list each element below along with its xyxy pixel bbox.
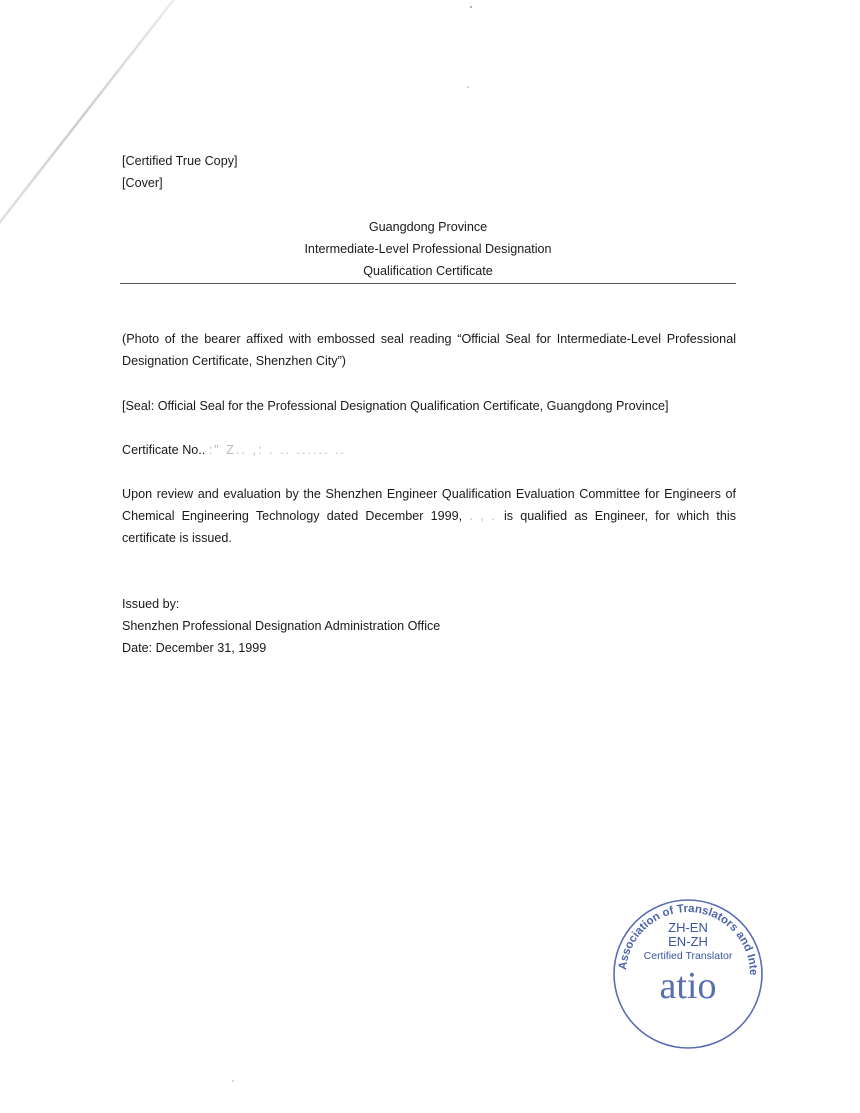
scan-speck (467, 86, 469, 88)
cover-label: [Cover] (122, 172, 163, 194)
scan-speck (470, 6, 472, 8)
certificate-number-label: Certificate No.. (122, 443, 209, 457)
scan-speck (232, 1080, 234, 1082)
title-certificate: Qualification Certificate (120, 260, 736, 282)
paper-fold-shadow (0, 0, 182, 251)
certificate-number-redacted: :" Z.. ,: . .. ...... .. (209, 439, 346, 461)
issue-date: Date: December 31, 1999 (122, 637, 266, 659)
translator-stamp: Association of Translators and Interpret… (612, 898, 764, 1050)
title-divider (120, 283, 736, 284)
atio-seal-icon: Association of Translators and Interpret… (612, 898, 764, 1050)
svg-text:Certified Translator: Certified Translator (644, 950, 733, 962)
svg-text:atio: atio (660, 965, 717, 1007)
seal-note: [Seal: Official Seal for the Professiona… (122, 395, 736, 417)
issued-by-label: Issued by: (122, 593, 179, 615)
certification-body: Upon review and evaluation by the Shenzh… (122, 483, 736, 549)
title-province: Guangdong Province (120, 216, 736, 238)
photo-note: (Photo of the bearer affixed with emboss… (122, 328, 736, 372)
svg-text:EN-ZH: EN-ZH (668, 934, 708, 949)
redacted-name: . , . (469, 505, 497, 527)
certificate-number: Certificate No.. :" Z.. ,: . .. ...... .… (122, 439, 736, 461)
title-designation: Intermediate-Level Professional Designat… (120, 238, 736, 260)
svg-text:ZH-EN: ZH-EN (668, 920, 708, 935)
certified-true-copy-label: [Certified True Copy] (122, 150, 238, 172)
issuer-name: Shenzhen Professional Designation Admini… (122, 615, 440, 637)
